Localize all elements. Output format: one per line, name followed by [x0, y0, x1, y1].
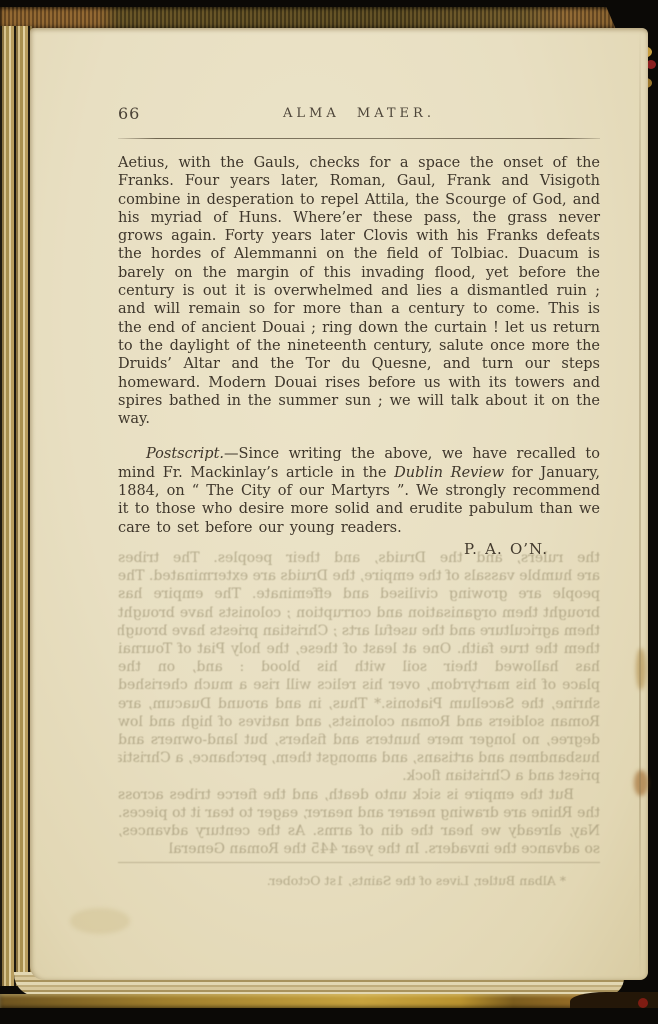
body-text: Aetius, with the Gauls, checks for a spa…: [118, 154, 600, 558]
book-scan: the rulers, and the Druids, and their pe…: [0, 0, 658, 1024]
ghost-line: Nay, already we hear the din of arms. As…: [118, 822, 600, 840]
ghost-line: husbandmen and artisans, and amongst the…: [118, 749, 600, 767]
ghost-line: has hallowed their soil with his blood :…: [118, 658, 600, 676]
text-column: 66 ALMA MATER. Aetius, with the Gauls, c…: [118, 104, 600, 558]
ghost-line: But the empire is sick unto death, and t…: [118, 786, 600, 804]
book-page: the rulers, and the Druids, and their pe…: [30, 28, 648, 980]
ghost-footnote-rule: [118, 862, 600, 863]
journal-title: Dublin Review: [394, 465, 504, 481]
backdrop-bottom: [0, 1008, 658, 1024]
ghost-line: shrine, the Sacellum Piatonis.* Thus, in…: [118, 695, 600, 713]
ghost-line: people are growing civilised and effemin…: [118, 585, 600, 603]
author-initials: P. A. O’N.: [118, 540, 600, 558]
ghost-line: priest and a Christian flock.: [118, 767, 600, 785]
ghost-line: degree, no longer mere hunters and fishe…: [118, 731, 600, 749]
ghost-line: place of his martyrdom, over his relics …: [118, 676, 600, 694]
header-rule: [118, 138, 600, 139]
page-stain: [634, 770, 648, 796]
page-discoloration: [70, 908, 130, 934]
bleed-through-text: the rulers, and the Druids, and their pe…: [118, 549, 600, 891]
ghost-line: brought them organisation and corruption…: [118, 604, 600, 622]
ghost-line: them agriculture and the useful arts ; C…: [118, 622, 600, 640]
red-marbling-speck: [638, 998, 648, 1008]
paragraph-main: Aetius, with the Gauls, checks for a spa…: [118, 154, 600, 428]
ghost-line: are humble vassals of the empire, the Dr…: [118, 567, 600, 585]
ghost-line: Roman soldiers and Roman colonists, and …: [118, 713, 600, 731]
ghost-line: the Rhine are drawing nearer and nearer,…: [118, 804, 600, 822]
postscript-label: Postscript.: [146, 446, 224, 462]
running-title: ALMA MATER.: [118, 106, 600, 121]
ghost-footnote: * Alban Butler, Lives of the Saints, 1st…: [118, 872, 600, 890]
ghost-line: so advance the invaders. In the year 445…: [118, 840, 600, 858]
postscript-dash: —: [224, 446, 239, 462]
book-cover-top-edge: [0, 7, 658, 30]
paragraph-postscript: Postscript.—Since writing the above, we …: [118, 445, 600, 536]
page-edge-stack-left: [0, 26, 32, 986]
page-header: 66 ALMA MATER.: [118, 104, 600, 128]
page-stain: [636, 648, 646, 690]
ghost-line: them the true faith. One at least of the…: [118, 640, 600, 658]
